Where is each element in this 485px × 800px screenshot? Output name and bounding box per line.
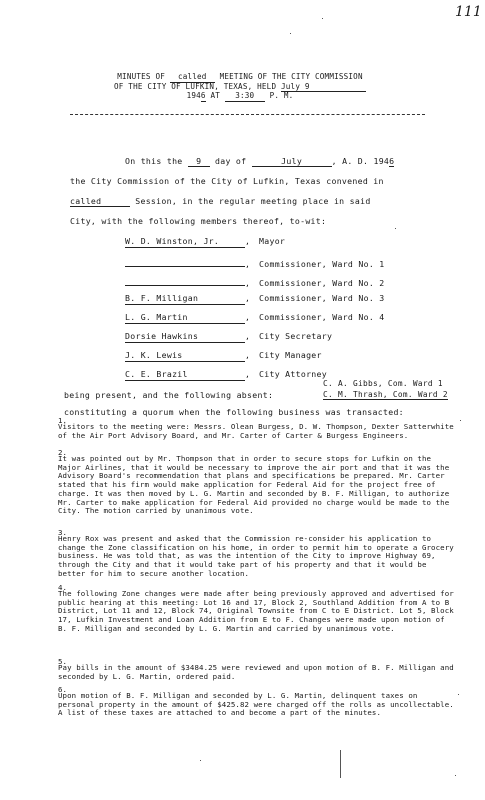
meeting-ampm: P. M. [270, 91, 294, 100]
opening-line-3: called Session, in the regular meeting p… [70, 196, 371, 207]
opening-ad: , A. D. 194 [332, 156, 390, 166]
opening-year-digit: 6 [389, 156, 394, 167]
scan-mark [340, 750, 341, 778]
opening-month: July [252, 156, 332, 167]
member-title: Mayor [259, 236, 285, 246]
absent-prefix: being present, and the following absent: [64, 390, 273, 400]
opening-line-2: the City Commission of the City of Lufki… [70, 176, 384, 186]
member-name: C. E. Brazil [125, 369, 245, 381]
member-name: L. G. Martin [125, 312, 245, 324]
roster-row: W. D. Winston, Jr.,Mayor [125, 236, 285, 250]
scan-speck [395, 228, 396, 229]
header-line2-prefix: OF THE CITY OF LUFKIN, TEXAS, HELD [114, 82, 276, 91]
minutes-header: MINUTES OF called MEETING OF THE CITY CO… [90, 73, 390, 102]
header-at: AT [210, 91, 220, 100]
roster-row: J. K. Lewis,City Manager [125, 350, 322, 364]
quorum-statement: constituting a quorum when the following… [64, 407, 404, 417]
item-text: It was pointed out by Mr. Thompson that … [58, 455, 458, 516]
member-name: W. D. Winston, Jr. [125, 236, 245, 248]
page-number: 111 [455, 4, 482, 20]
item-text: Visitors to the meeting were: Messrs. Ol… [58, 423, 458, 440]
header-line-3: 1946 AT 3:30 P. M. [90, 92, 390, 102]
opening-mid: day of [215, 156, 246, 166]
opening-line3-suffix: Session, in the regular meeting place in… [135, 196, 370, 206]
member-title: Commissioner, Ward No. 2 [259, 278, 385, 288]
header-divider [70, 114, 425, 115]
member-name: Dorsie Hawkins [125, 331, 245, 343]
member-name: J. K. Lewis [125, 350, 245, 362]
scan-speck [458, 694, 459, 695]
item-text: Upon motion of B. F. Milligan and second… [58, 692, 458, 718]
header-year-digit: 6 [201, 92, 206, 102]
roster-row: B. F. Milligan,Commissioner, Ward No. 3 [125, 293, 385, 307]
scan-speck [322, 18, 323, 19]
absent-member-1: C. A. Gibbs, Com. Ward 1 [323, 379, 443, 388]
scan-speck [290, 33, 291, 34]
member-title: Commissioner, Ward No. 4 [259, 312, 385, 322]
item-text: The following Zone changes were made aft… [58, 590, 458, 634]
scan-speck [460, 420, 461, 421]
member-name [125, 255, 245, 267]
meeting-time: 3:30 [225, 92, 265, 102]
member-name: B. F. Milligan [125, 293, 245, 305]
scan-speck [200, 760, 201, 761]
roster-row: ,Commissioner, Ward No. 1 [125, 255, 385, 269]
header-year-prefix: 194 [187, 91, 201, 100]
opening-line-1: On this the 9 day of July, A. D. 1946 [125, 156, 394, 167]
member-title: City Attorney [259, 369, 327, 379]
member-name [125, 274, 245, 286]
roster-row: L. G. Martin,Commissioner, Ward No. 4 [125, 312, 385, 326]
roster-row: Dorsie Hawkins,City Secretary [125, 331, 332, 345]
header-line1-prefix: MINUTES OF [117, 72, 165, 81]
opening-prefix: On this the [125, 156, 183, 166]
roster-row: C. E. Brazil,City Attorney [125, 369, 327, 383]
item-text: Pay bills in the amount of $3484.25 were… [58, 664, 458, 681]
item-text: Henry Rox was present and asked that the… [58, 535, 458, 579]
opening-line-4: City, with the following members thereof… [70, 216, 326, 226]
opening-day: 9 [188, 156, 210, 167]
scan-speck [455, 775, 456, 776]
session-type: called [70, 196, 130, 207]
member-title: City Secretary [259, 331, 332, 341]
absent-member-2-text: C. M. Thrash, Com. Ward 2 [323, 390, 448, 400]
member-title: City Manager [259, 350, 322, 360]
member-title: Commissioner, Ward No. 3 [259, 293, 385, 303]
member-title: Commissioner, Ward No. 1 [259, 259, 385, 269]
absent-member-2: C. M. Thrash, Com. Ward 2 [323, 390, 448, 400]
header-line1-suffix: MEETING OF THE CITY COMMISSION [220, 72, 363, 81]
meeting-date: July 9 [281, 83, 366, 93]
roster-row: ,Commissioner, Ward No. 2 [125, 274, 385, 288]
